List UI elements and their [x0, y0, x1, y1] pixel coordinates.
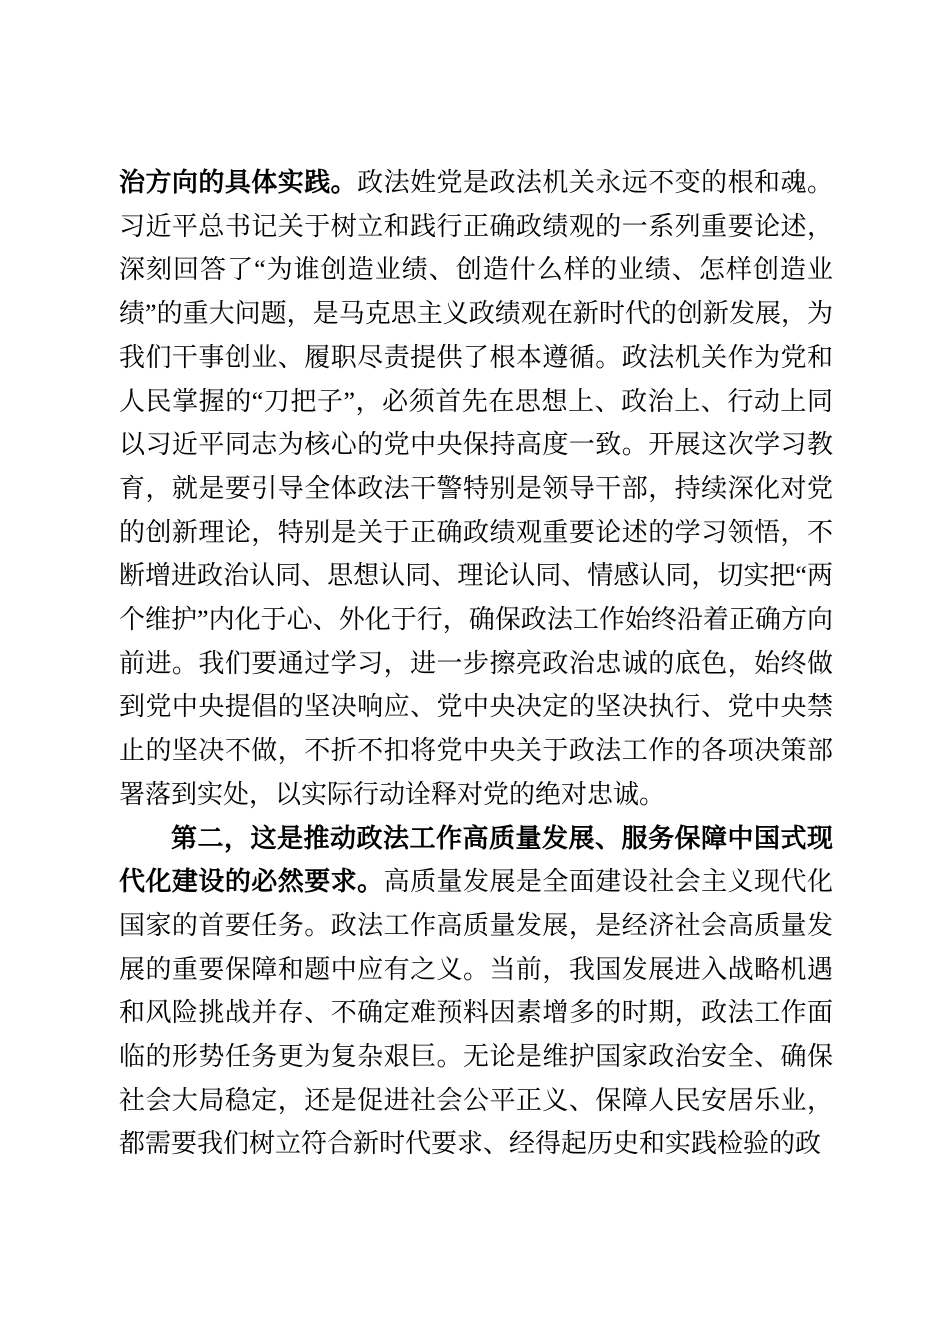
- paragraph-1-body: 政法姓党是政法机关永远不变的根和魂。习近平总书记关于树立和践行正确政绩观的一系列…: [119, 168, 833, 809]
- paragraph-2-body: 高质量发展是全面建设社会主义现代化国家的首要任务。政法工作高质量发展，是经济社会…: [119, 867, 833, 1158]
- paragraph-1-bold-lead: 治方向的具体实践。: [119, 168, 357, 197]
- document-page: 治方向的具体实践。政法姓党是政法机关永远不变的根和魂。习近平总书记关于树立和践行…: [0, 0, 950, 1344]
- paragraph-second-point: 第二，这是推动政法工作高质量发展、服务保障中国式现代化建设的必然要求。高质量发展…: [119, 817, 833, 1167]
- paragraph-continued: 治方向的具体实践。政法姓党是政法机关永远不变的根和魂。习近平总书记关于树立和践行…: [119, 161, 833, 817]
